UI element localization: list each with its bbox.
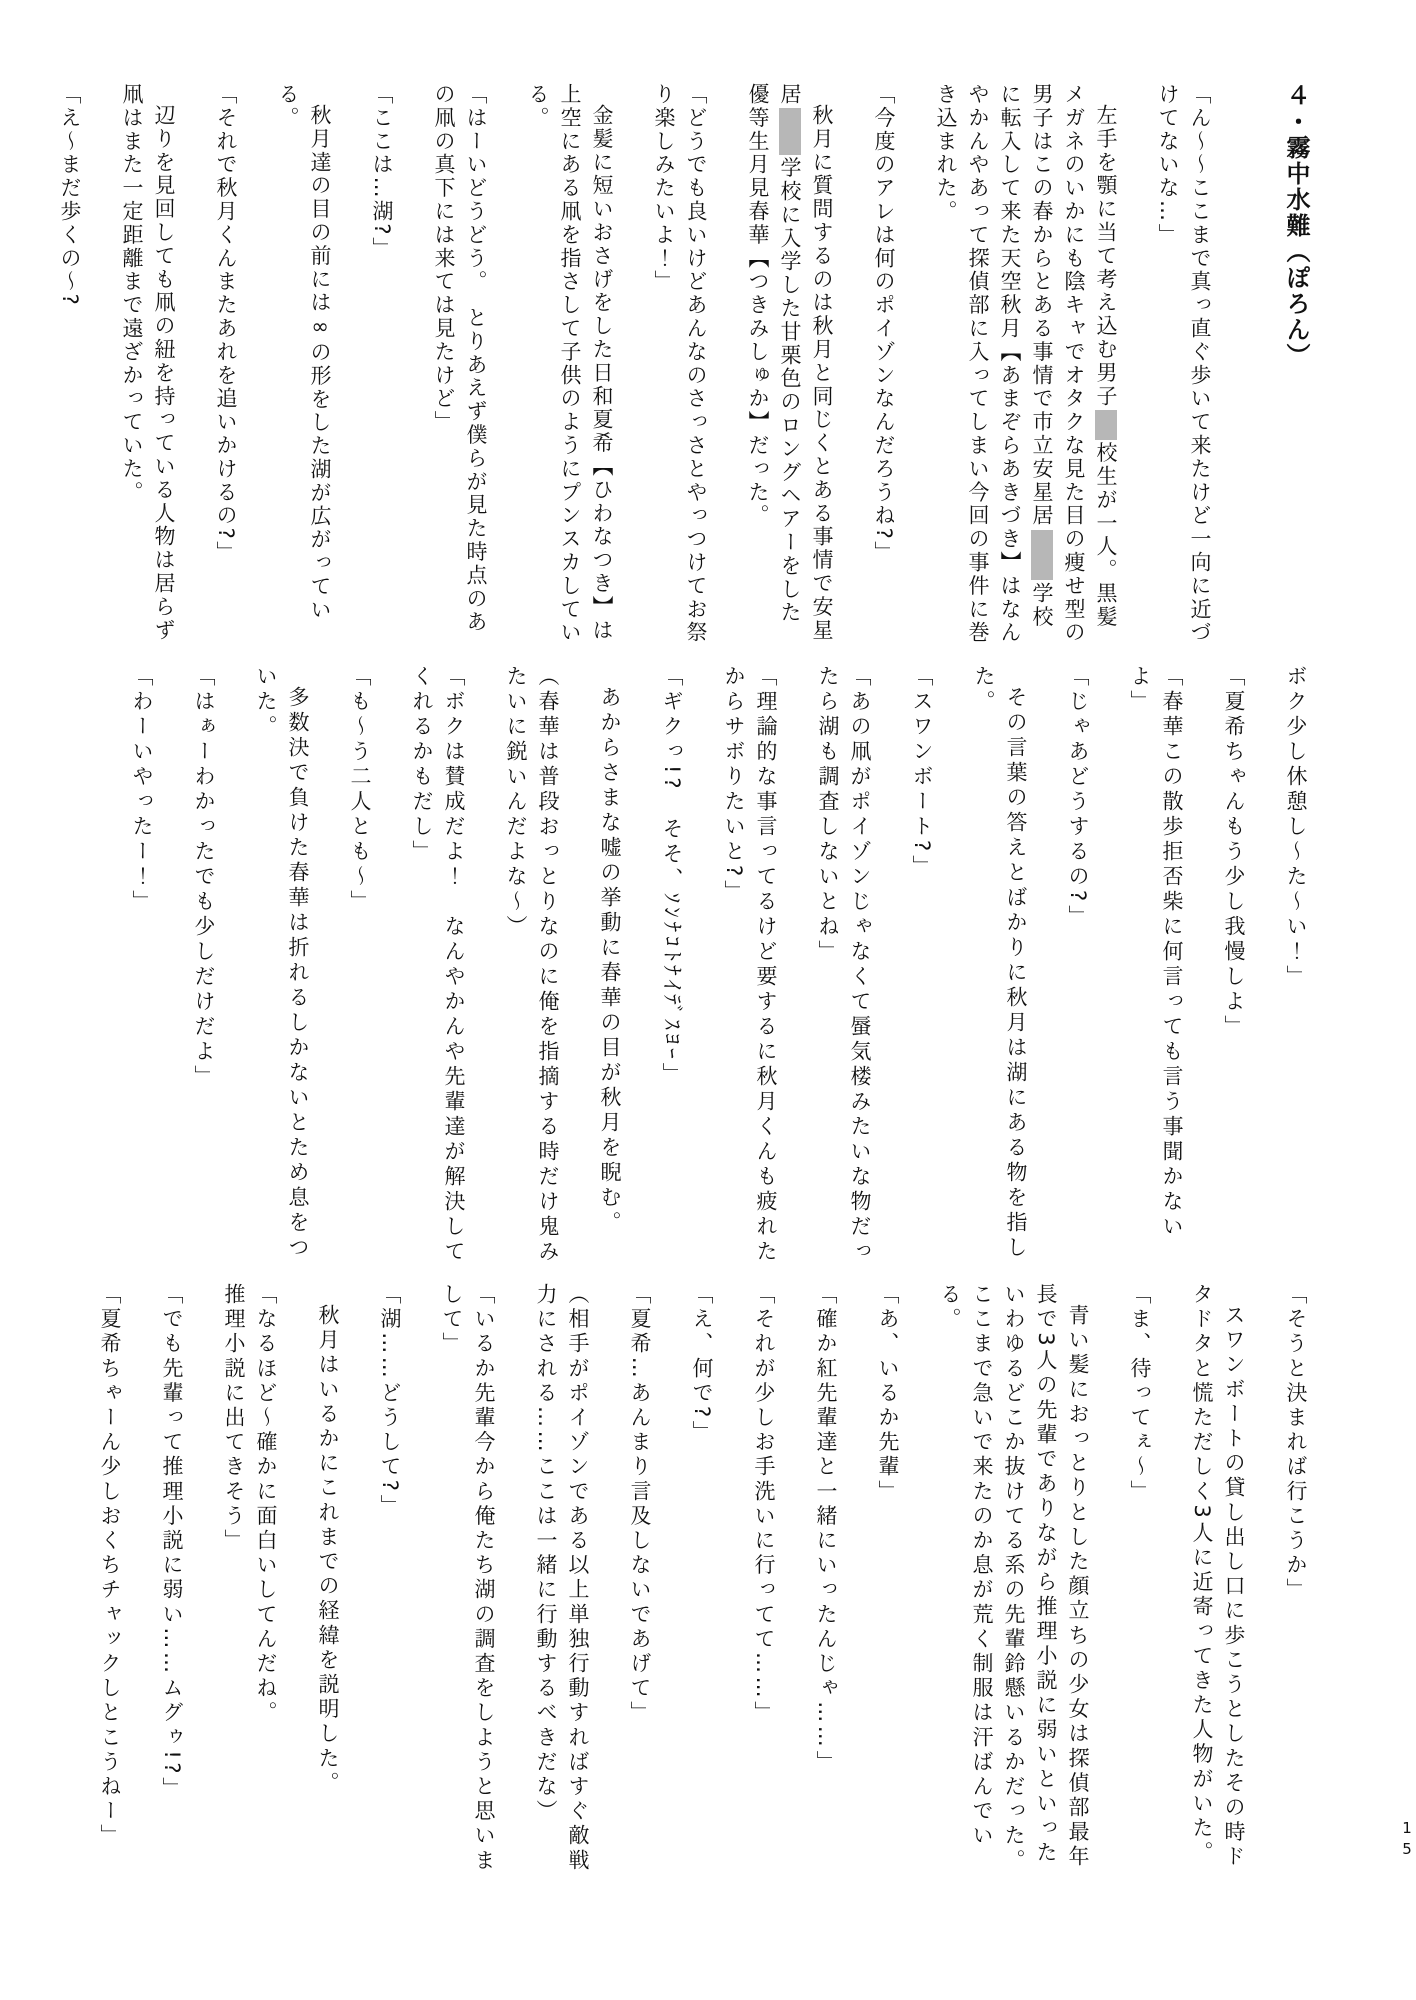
paragraph-narration: 秋月に質問するのは秋月と同じくとある事情で安星居学校に入学した甘栗色のロングヘア… [742,83,838,645]
paragraph-quote: 「じゃあどうするの?」 [1062,665,1094,1265]
paragraph-narration: スワンボートの貸し出し口に歩こうとしたその時ドタドタと慌ただしく3人に近寄ってき… [1186,1283,1250,1875]
paragraph-quote: 「湖……どうして?」 [374,1283,406,1875]
paragraph-thought: （春華は普段おっとりなのに俺を指摘する時だけ鬼みたいに鋭いんだよな～） [500,665,564,1265]
paragraph-narration: その言葉の答えとばかりに秋月は湖にある物を指した。 [968,665,1032,1265]
paragraph-narration: 青い髪におっとりとした顔立ちの少女は探偵部最年長で3人の先輩でありながら推理小説… [934,1283,1094,1875]
novel-page: ４・霧中水難（ぽろん） 「ん～～ここまで真っ直ぐ歩いて来たけど一向に近づけてない… [0,0,1416,2000]
paragraph-narration: 多数決で負けた春華は折れるしかないとため息をついた。 [250,665,314,1265]
paragraph-narration: あからさまな嘘の挙動に春華の目が秋月を睨む。 [594,665,626,1265]
paragraph-quote: 「はーいどうどう。 とりあえず僕らが見た時点のあの凧の真下には来ては見たけど」 [428,83,492,645]
paragraph-narration: 金髪に短いおさげをした日和夏希【ひわなつき】は上空にある凧を指さして子供のように… [522,83,618,645]
paragraph-quote: 「ボクは賛成だよ！ なんやかんや先輩達が解決してくれるかもだし」 [406,665,470,1265]
text-register-bottom: 「そうと決まれば行こうか」スワンボートの貸し出し口に歩こうとしたその時ドタドタと… [56,1283,1312,1875]
paragraph-quote: 「も～う二人とも～」 [344,665,376,1265]
paragraph-quote: 「確か紅先輩達と一緒にいったんじゃ……」 [810,1283,842,1875]
paragraph-quote: 「なるほど～確かに面白いしてんだね。 推理小説に出てきそう」 [218,1283,282,1875]
page-number: 15 [1400,1819,1414,1861]
paragraph-quote: 「ん～～ここまで真っ直ぐ歩いて来たけど一向に近づけてないな…」 [1152,83,1216,645]
text-register-top: ４・霧中水難（ぽろん） 「ん～～ここまで真っ直ぐ歩いて来たけど一向に近づけてない… [56,83,1312,645]
censor-box [779,108,801,154]
paragraph-thought: （相手がポイゾンである以上単独行動すればすぐ敵戦力にされる……ここは一緒に行動す… [530,1283,594,1875]
chapter-title: ４・霧中水難（ぽろん） [1280,83,1312,645]
paragraph-narration: 秋月はいるかにこれまでの経緯を説明した。 [312,1283,344,1875]
paragraph-quote: 「はぁーわかったでも少しだけだよ」 [188,665,220,1265]
paragraph-quote: 「スワンボート?」 [906,665,938,1265]
paragraph-quote: 「ギクっ!? そそ、ｿﾝﾅｺﾄﾅｲﾃﾞｽﾖｰ」 [656,665,688,1265]
paragraph-quote: 「いるか先輩今から俺たち湖の調査をしようと思いまして」 [436,1283,500,1875]
paragraph-quote: 「夏希ちゃんもう少し我慢しよ」 [1218,665,1250,1265]
paragraph-quote: 「そうと決まれば行こうか」 [1280,1283,1312,1875]
paragraph-quote: 「あ、いるか先輩」 [872,1283,904,1875]
paragraph-quote: 「わーいやったー！」 [126,665,158,1265]
paragraph-quote: 「ここは…湖?」 [366,83,398,645]
paragraph-quote: 「今度のアレは何のポイゾンなんだろうね?」 [868,83,900,645]
paragraph-quote: 「それが少しお手洗いに行ってて……」 [748,1283,780,1875]
paragraph-quote: 「でも先輩って推理小説に弱い……ムグゥ!?」 [156,1283,188,1875]
paragraph-quote: 「夏希…あんまり言及しないであげて」 [624,1283,656,1875]
paragraph-quote: 「理論的な事言ってるけど要するに秋月くんも疲れたからサボりたいと?」 [718,665,782,1265]
paragraph-narration: 左手を顎に当て考え込む男子校生が一人。黒髪メガネのいかにも陰キャでオタクな見た目… [930,83,1122,645]
text-register-middle: ボク少し休憩し～た～い！」「夏希ちゃんもう少し我慢しよ」「春華この散歩拒否柴に何… [56,665,1312,1265]
paragraph-quote: 「あの凧がポイゾンじゃなくて蜃気楼みたいな物だったら湖も調査しないとね」 [812,665,876,1265]
paragraph-quote: 「夏希ちゃーん少しおくちチャックしとこうねー」 [94,1283,126,1875]
paragraph-quote: 「え～まだ歩くの～? [54,83,86,645]
paragraph-narration: 秋月達の目の前には∞の形をした湖が広がっている。 [272,83,336,645]
paragraph-narration: 辺りを見回しても凧の紐を持っている人物は居らず凧はまた一定距離まで遠ざかっていた… [116,83,180,645]
paragraph-quote: ボク少し休憩し～た～い！」 [1280,665,1312,1265]
censor-box [1095,410,1117,439]
censor-box [1031,530,1053,580]
paragraph-quote: 「どうでも良いけどあんなのさっさとやっつけてお祭り楽しみたいよ！」 [648,83,712,645]
paragraph-quote: 「春華この散歩拒否柴に何言っても言う事聞かないよ」 [1124,665,1188,1265]
paragraph-quote: 「ま、待ってぇ～」 [1124,1283,1156,1875]
paragraph-quote: 「それで秋月くんまたあれを追いかけるの?」 [210,83,242,645]
paragraph-quote: 「え、何で?」 [686,1283,718,1875]
